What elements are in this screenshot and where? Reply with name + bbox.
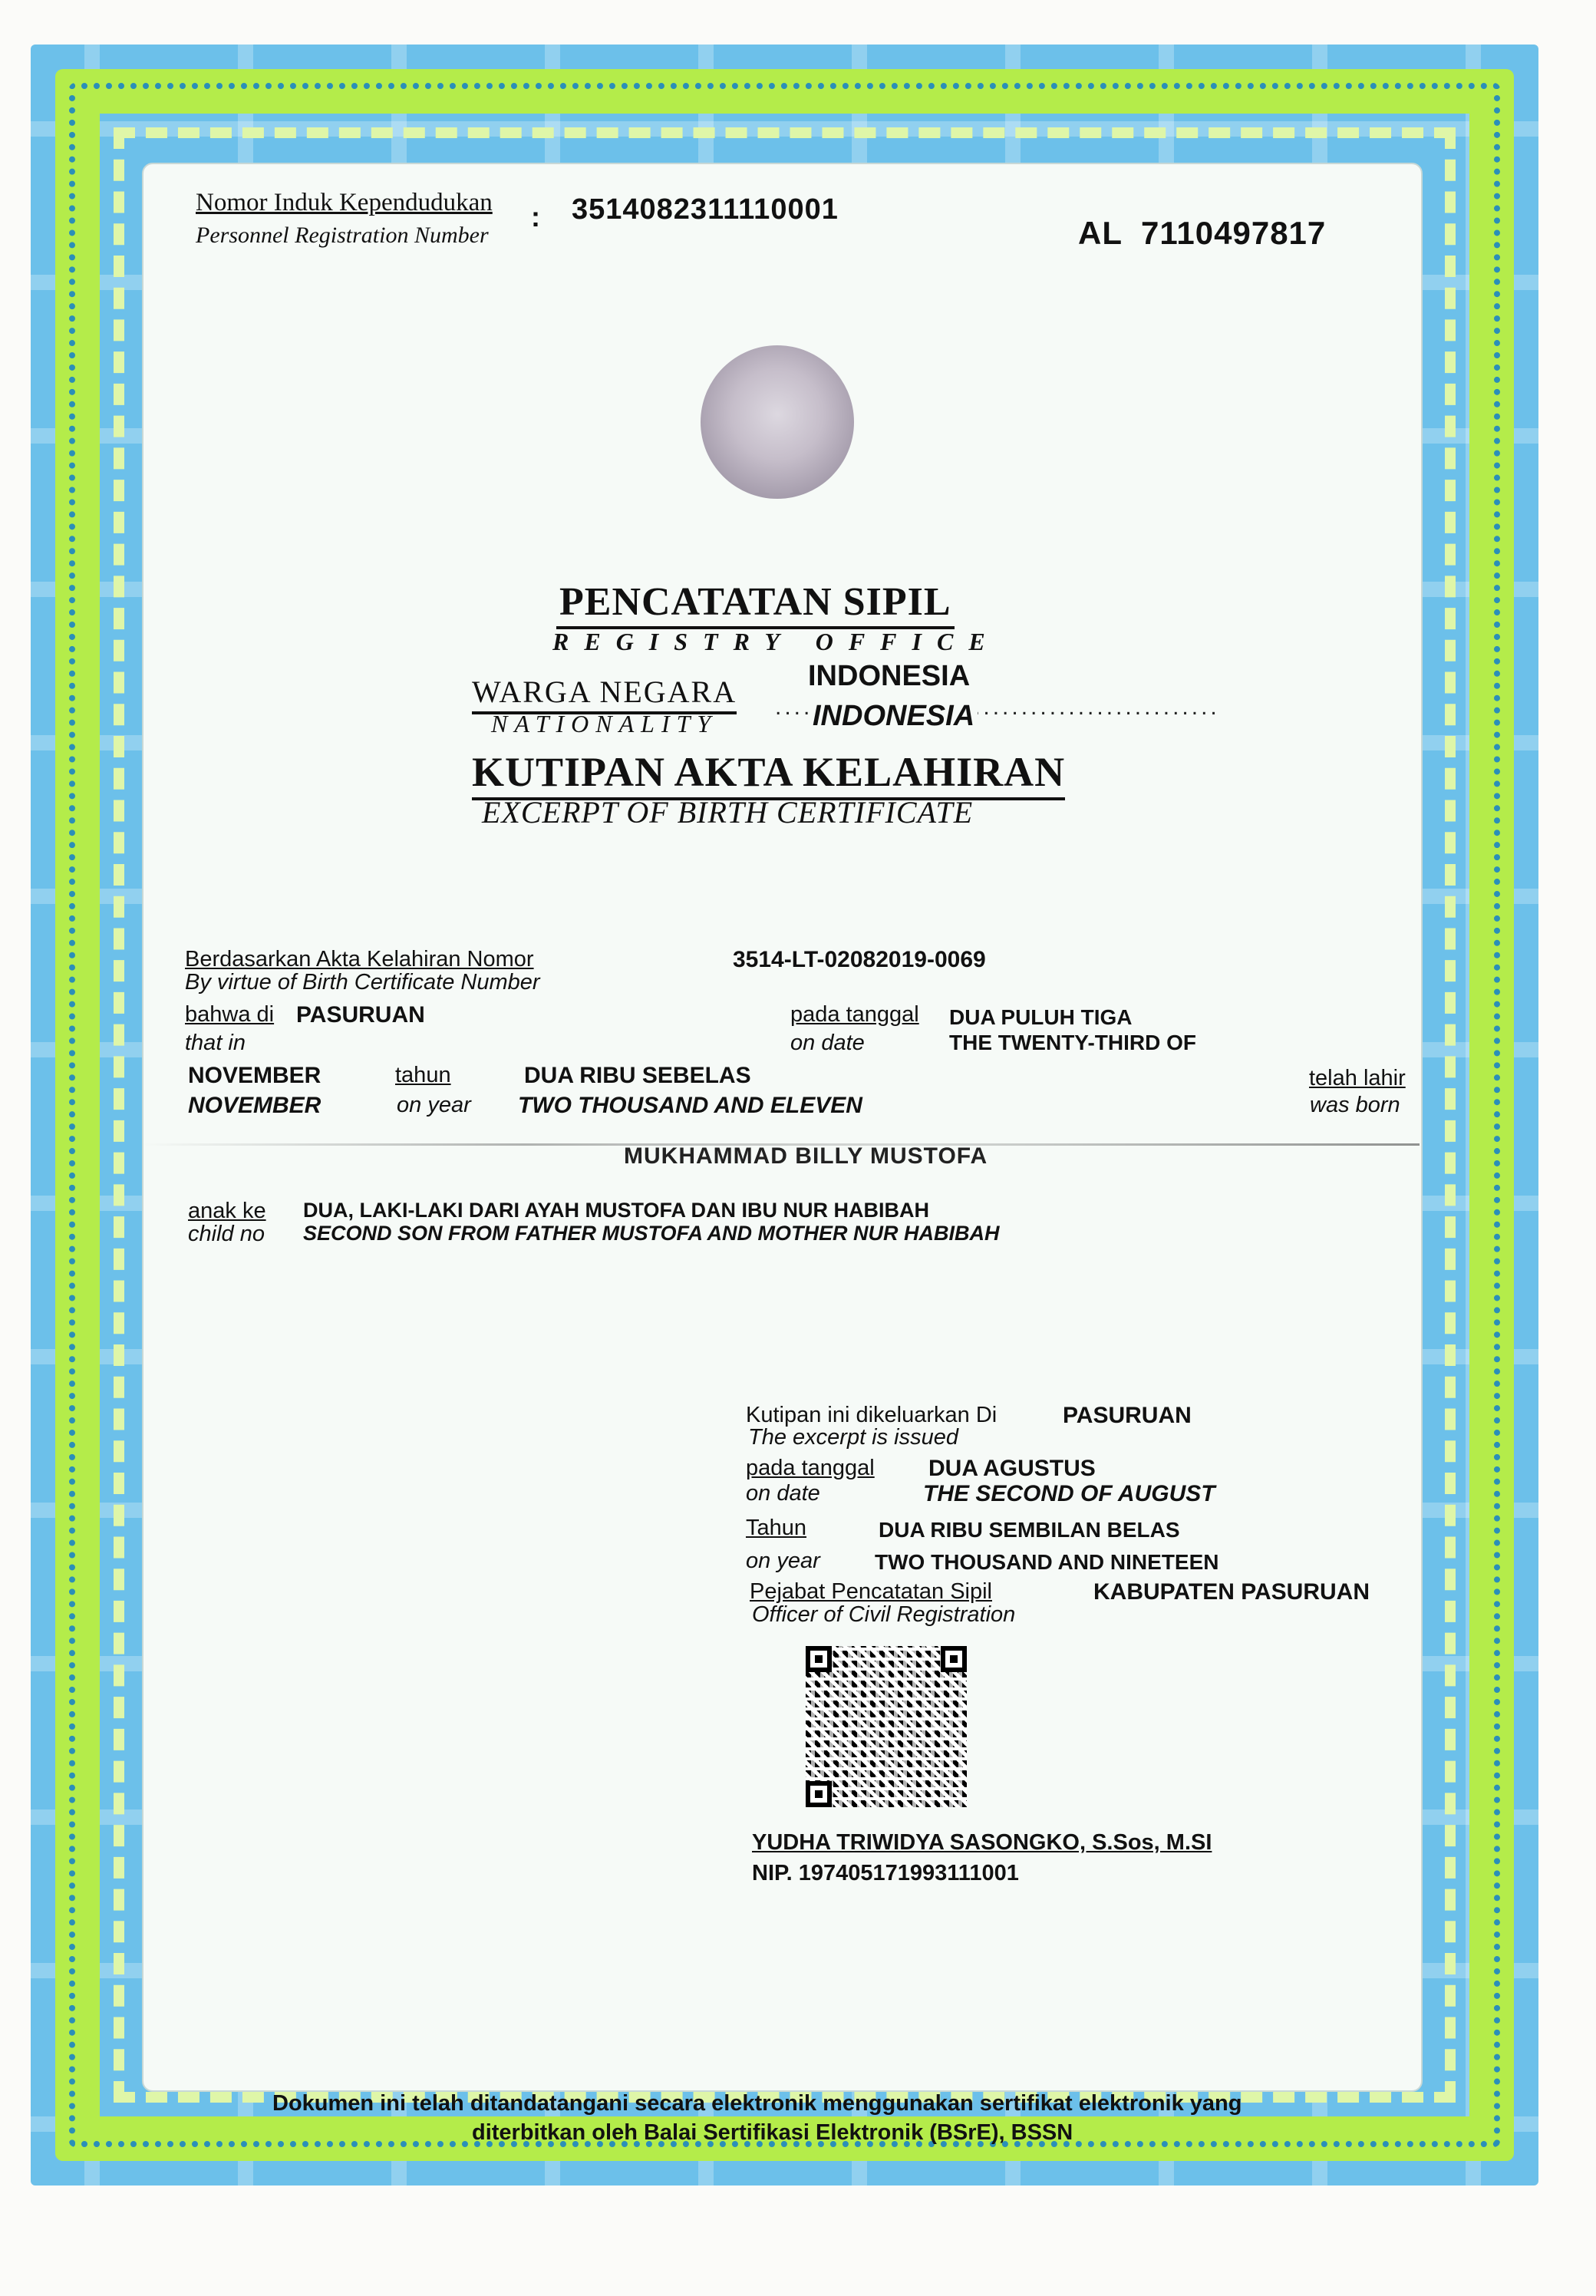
nik-label-en: Personnel Registration Number — [196, 223, 489, 249]
issue-date-label: pada tanggal — [746, 1456, 875, 1481]
birth-date-label-en: on date — [790, 1031, 865, 1056]
nationality-label-en: NATIONALITY — [491, 710, 717, 738]
issue-year-label: Tahun — [746, 1516, 806, 1541]
footer-esign-notice-line2: diterbitkan oleh Balai Sertifikasi Elekt… — [472, 2120, 1073, 2146]
was-born-label: telah lahir — [1309, 1066, 1406, 1091]
nik-value: 3514082311110001 — [572, 193, 839, 226]
birth-date-value-en: THE TWENTY-THIRD OF — [949, 1031, 1196, 1055]
child-order-value-en: SECOND SON FROM FATHER MUSTOFA AND MOTHE… — [303, 1222, 1000, 1245]
qr-finder-pattern — [806, 1646, 832, 1672]
serial-number: AL7110497817 — [1078, 215, 1326, 252]
was-born-label-en: was born — [1310, 1093, 1400, 1118]
birth-place-label: bahwa di — [185, 1002, 274, 1028]
nationality-label: WARGA NEGARA — [472, 674, 737, 714]
child-order-label-en: child no — [188, 1222, 265, 1247]
certificate-number-label: Berdasarkan Akta Kelahiran Nomor — [185, 947, 534, 972]
footer-esign-notice-line1: Dokumen ini telah ditandatangani secara … — [272, 2091, 1242, 2116]
issue-date-value-en: THE SECOND OF AUGUST — [923, 1481, 1215, 1507]
nik-label: Nomor Induk Kependudukan — [196, 189, 493, 217]
signer-nip: NIP. 197405171993111001 — [752, 1861, 1019, 1886]
birth-date-label: pada tanggal — [790, 1002, 919, 1028]
birth-year-value-en: TWO THOUSAND AND ELEVEN — [518, 1093, 862, 1119]
nik-separator: : — [531, 201, 540, 233]
document-title: KUTIPAN AKTA KELAHIRAN — [472, 748, 1065, 800]
birth-year-value: DUA RIBU SEBELAS — [524, 1063, 751, 1089]
document-title-en: EXCERPT OF BIRTH CERTIFICATE — [482, 794, 973, 830]
certificate-number-value: 3514-LT-02082019-0069 — [733, 947, 986, 973]
issue-date-label-en: on date — [746, 1481, 820, 1506]
child-order-label: anak ke — [188, 1199, 266, 1224]
qr-finder-pattern — [941, 1646, 967, 1672]
serial-digits: 7110497817 — [1141, 215, 1326, 251]
birth-month-value-en: NOVEMBER — [188, 1093, 321, 1119]
qr-finder-pattern — [806, 1781, 832, 1807]
signer-name: YUDHA TRIWIDYA SASONGKO, S.Sos, M.SI — [752, 1830, 1212, 1856]
nationality-value-en: INDONESIA — [810, 700, 978, 733]
child-order-value: DUA, LAKI-LAKI DARI AYAH MUSTOFA DAN IBU… — [303, 1199, 929, 1222]
nationality-value: INDONESIA — [808, 660, 970, 693]
issue-year-label-en: on year — [746, 1549, 820, 1574]
garuda-seal-icon — [701, 345, 854, 499]
issued-at-label-en: The excerpt is issued — [748, 1425, 958, 1450]
birth-place-label-en: that in — [185, 1031, 246, 1056]
registry-office-title: PENCATATAN SIPIL — [556, 579, 955, 629]
child-name: MUKHAMMAD BILLY MUSTOFA — [624, 1143, 988, 1169]
officer-label: Pejabat Pencatatan Sipil — [750, 1579, 992, 1605]
birth-year-label: tahun — [395, 1063, 451, 1088]
qr-code-icon — [806, 1646, 967, 1807]
serial-prefix: AL — [1078, 215, 1123, 251]
birth-month-value: NOVEMBER — [188, 1063, 321, 1089]
officer-region: KABUPATEN PASURUAN — [1093, 1579, 1370, 1605]
issue-year-value-en: TWO THOUSAND AND NINETEEN — [875, 1550, 1219, 1575]
officer-label-en: Officer of Civil Registration — [752, 1602, 1015, 1628]
issue-year-value: DUA RIBU SEMBILAN BELAS — [879, 1518, 1180, 1542]
birth-year-label-en: on year — [397, 1093, 471, 1118]
registry-office-title-en: REGISTRY OFFICE — [552, 628, 1001, 656]
issued-at-value: PASURUAN — [1063, 1403, 1192, 1429]
birth-date-value: DUA PULUH TIGA — [949, 1005, 1133, 1030]
certificate-number-label-en: By virtue of Birth Certificate Number — [185, 970, 540, 995]
issue-date-value: DUA AGUSTUS — [928, 1456, 1096, 1482]
birth-place-value: PASURUAN — [296, 1002, 425, 1028]
